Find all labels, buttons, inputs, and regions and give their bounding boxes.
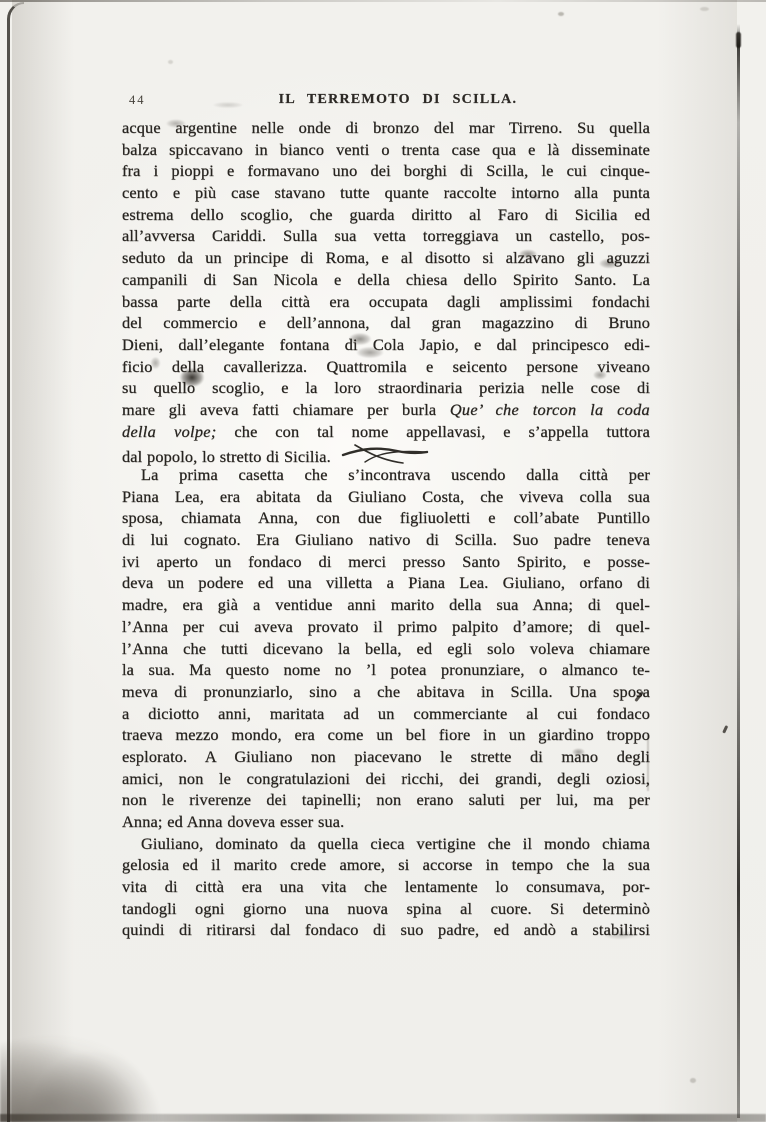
paper-speck [700,7,709,11]
text-run: estrema dello scoglio, che guarda diritt… [122,205,650,224]
paper-speck [690,1078,696,1083]
text-line: Giuliano, dominato da quella cieca verti… [122,833,650,855]
text-run: Anna; ed Anna doveva esser sua. [122,812,344,831]
page-right-edge [737,24,740,1118]
text-line: seduto da un principe di Roma, e al diso… [122,247,650,269]
text-line: Anna; ed Anna doveva esser sua. [122,811,650,833]
scanned-book-page: 44 IL TERREMOTO DI SCILLA. acque argenti… [0,0,766,1122]
text-line: Piana Lea, era abitata da Giuliano Costa… [122,486,650,508]
ink-blot [527,192,543,201]
ink-blot [163,118,189,129]
page-curl-shadow [657,0,737,1122]
ink-blot [149,355,162,371]
text-run: La prima casetta che s’incontrava uscend… [141,465,650,484]
text-run: quindi di ritirarsi dal fondaco di suo p… [122,920,650,939]
text-run: all’avversa Cariddi. Sulla sua vetta tor… [122,226,650,245]
text-line: vita di città era una vita che lentament… [122,876,650,898]
text-line: amici, non le congratulazioni dei ricchi… [122,768,650,790]
text-run: fra i pioppi e formavano uno dei borghi … [122,161,650,180]
text-run: traeva mezzo mondo, era come un bel fior… [122,725,650,744]
text-line: dal popolo, lo stretto di Sicilia. [122,442,650,464]
text-run: gelosia ed il marito crede amore, si acc… [122,855,650,874]
text-run: tandogli ogni giorno una nuova spina al … [122,899,650,918]
italic-phrase: Que’ che torcon la coda [450,400,650,419]
text-line: l’Anna che tutti dicevano la bella, ed e… [122,638,650,660]
paper-speck [168,60,173,64]
text-run: Piana Lea, era abitata da Giuliano Costa… [122,487,650,506]
text-run: mare gli aveva fatti chiamare per burla [122,400,450,419]
text-run: meva di pronunziarlo, sino a che abitava… [122,682,650,701]
text-line: cento e più case stavano tutte quante ra… [122,182,650,204]
text-run: la sua. Ma questo nome no ’l potea pronu… [122,660,650,679]
text-line: campanili di San Nicola e della chiesa d… [122,269,650,291]
ink-blot [208,101,248,109]
text-line: non le riverenze dei tapinelli; non eran… [122,789,650,811]
text-line: gelosia ed il marito crede amore, si acc… [122,854,650,876]
text-line: estrema dello scoglio, che guarda diritt… [122,204,650,226]
text-line: a diciotto anni, maritata ad un commerci… [122,703,650,725]
text-run: cento e più case stavano tutte quante ra… [122,183,650,202]
text-run: deva un podere ed una villetta a Piana L… [122,573,650,592]
text-run: amici, non le congratulazioni dei ricchi… [122,769,650,788]
ink-blot [596,257,622,270]
text-run: sposa, chiamata Anna, con due figliuolet… [122,508,650,527]
text-line: balza spiccavano in bianco venti o trent… [122,139,650,161]
text-run: bassa parte della città era occupata dag… [122,292,650,311]
text-run: balza spiccavano in bianco venti o trent… [122,140,650,159]
text-run: del commercio e dell’annona, dal gran ma… [122,313,650,332]
text-line: traeva mezzo mondo, era come un bel fior… [122,724,650,746]
text-run: l’Anna che tutti dicevano la bella, ed e… [122,639,650,658]
text-run: campanili di San Nicola e della chiesa d… [122,270,650,289]
text-line: della volpe; che con tal nome appellavas… [122,421,650,443]
corner-stain [0,1022,170,1122]
text-line: la sua. Ma questo nome no ’l potea pronu… [122,659,650,681]
text-line: mare gli aveva fatti chiamare per burla … [122,399,650,421]
ink-blot [591,369,609,381]
text-run: a diciotto anni, maritata ad un commerci… [122,704,650,723]
ink-blot [516,248,540,260]
text-line: di lui cognato. Era Giuliano nativo di S… [122,529,650,551]
text-run: che con tal nome appellavasi, e s’appell… [217,422,650,441]
text-line: tandogli ogni giorno una nuova spina al … [122,898,650,920]
text-line: fra i pioppi e formavano uno dei borghi … [122,160,650,182]
ink-blot [598,929,642,941]
text-line: deva un podere ed una villetta a Piana L… [122,572,650,594]
text-run: l’Anna per cui aveva provato il primo pa… [122,617,650,636]
paper-speck [558,12,564,16]
text-run: vita di città era una vita che lentament… [122,877,650,896]
text-run: ivi aperto un fondaco di merci presso Sa… [122,552,650,571]
text-run: madre, era già a ventidue anni marito de… [122,595,650,614]
text-line: bassa parte della città era occupata dag… [122,291,650,313]
book-binding-edge [7,2,24,1122]
text-line: sposa, chiamata Anna, con due figliuolet… [122,507,650,529]
text-run: non le riverenze dei tapinelli; non eran… [122,790,650,809]
text-line: l’Anna per cui aveva provato il primo pa… [122,616,650,638]
page-edge-mark [736,32,741,48]
ink-blot [176,365,208,390]
ink-blot [352,345,388,360]
text-line: del commercio e dell’annona, dal gran ma… [122,312,650,334]
italic-phrase: della volpe; [122,422,217,441]
text-run: di lui cognato. Era Giuliano nativo di S… [122,530,650,549]
text-run: Giuliano, dominato da quella cieca verti… [141,834,650,853]
text-line: La prima casetta che s’incontrava uscend… [122,464,650,486]
page-top-edge [0,0,766,2]
text-run: acque argentine nelle onde di bronzo del… [122,118,650,137]
text-line: meva di pronunziarlo, sino a che abitava… [122,681,650,703]
text-line: quindi di ritirarsi dal fondaco di suo p… [122,919,650,941]
text-run: seduto da un principe di Roma, e al diso… [122,248,650,267]
text-line: acque argentine nelle onde di bronzo del… [122,117,650,139]
text-line: all’avversa Cariddi. Sulla sua vetta tor… [122,225,650,247]
text-block: acque argentine nelle onde di bronzo del… [122,117,650,941]
text-line: madre, era già a ventidue anni marito de… [122,594,650,616]
ink-blot [570,747,587,757]
text-line: ivi aperto un fondaco di merci presso Sa… [122,551,650,573]
